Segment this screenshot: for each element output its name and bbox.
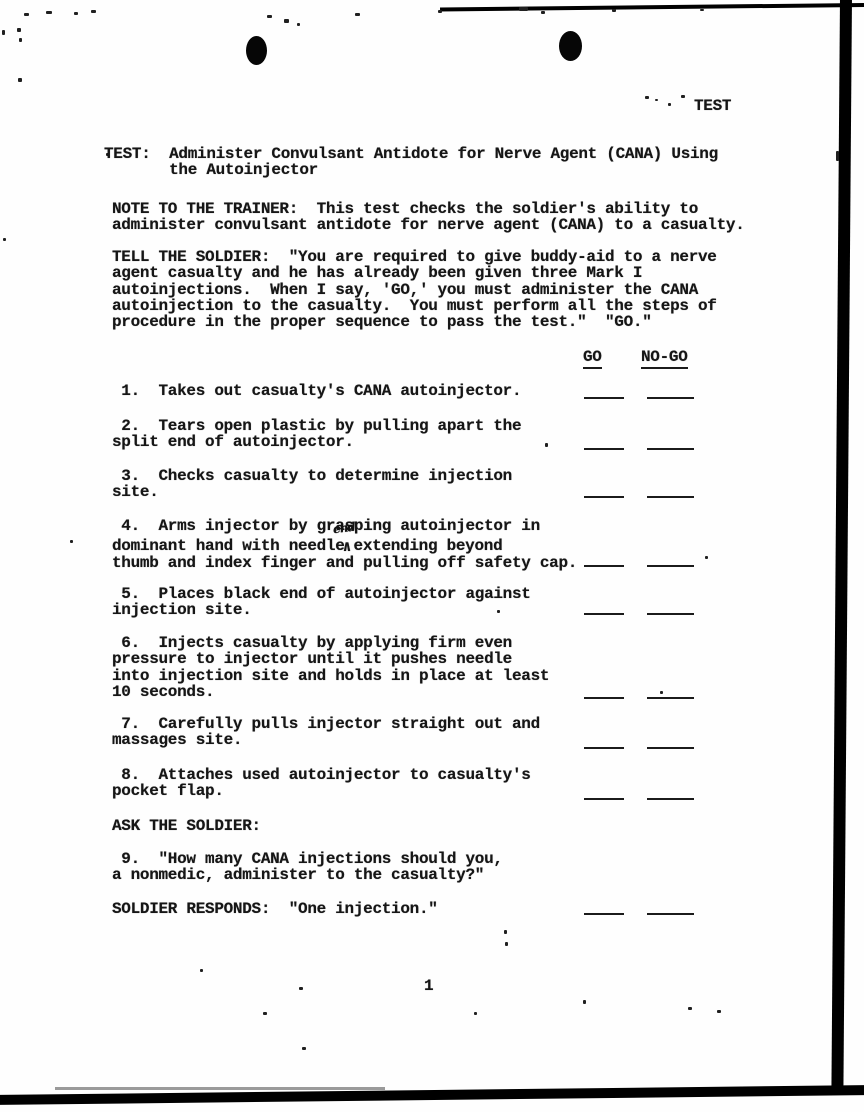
scanned-test-page: { "document": { "corner_label": "TEST", …: [0, 0, 864, 1112]
soldier-instructions: TELL THE SOLDIER: "You are required to g…: [112, 249, 717, 330]
scan-speck: [645, 96, 649, 99]
scan-edge-top: [440, 3, 864, 11]
go-blank: [584, 747, 624, 749]
scan-speck: [267, 15, 272, 18]
scan-speck: [700, 9, 704, 11]
scan-speck: [519, 7, 528, 11]
scan-edge-right: [831, 0, 852, 1089]
scan-speck: [583, 1000, 586, 1004]
checklist-item-3: 3. Checks casualty to determine injectio…: [112, 468, 512, 501]
trainer-note: NOTE TO THE TRAINER: This test checks th…: [112, 201, 745, 234]
page-number: 1: [424, 978, 433, 994]
insertion-caret: ∧: [343, 540, 352, 556]
scan-speck: [200, 969, 203, 972]
scan-speck: [836, 151, 839, 161]
scan-speck: [655, 99, 658, 101]
no-go-blank: [647, 496, 694, 498]
scan-speck: [70, 540, 73, 543]
scan-speck: [284, 19, 289, 23]
go-blank: [584, 448, 624, 450]
scan-speck: [19, 38, 22, 42]
go-blank: [584, 697, 624, 699]
no-go-blank: [647, 565, 694, 567]
go-blank: [584, 798, 624, 800]
go-blank: [584, 397, 624, 399]
go-blank: [584, 496, 624, 498]
checklist-item-4: 4. Arms injector by grasping autoinjecto…: [112, 518, 577, 571]
scan-speck: [612, 9, 616, 12]
checklist-item-9: 9. "How many CANA injections should you,…: [112, 851, 503, 884]
handwritten-word: end: [332, 519, 356, 538]
scan-speck: [688, 1007, 692, 1010]
scan-speck: [18, 78, 22, 82]
scan-speck: [668, 103, 671, 106]
corner-label: TEST: [694, 98, 731, 114]
scan-speck: [2, 30, 5, 35]
scan-speck: [660, 691, 663, 694]
scan-speck: [263, 1012, 267, 1015]
scan-speck: [91, 10, 96, 13]
scan-speck: [705, 556, 708, 559]
scan-smudge: [55, 1087, 385, 1090]
scan-speck: [46, 11, 52, 14]
soldier-responds-line: SOLDIER RESPONDS: "One injection.": [112, 901, 438, 917]
no-go-blank: [647, 697, 694, 699]
checklist-item-1: 1. Takes out casualty's CANA autoinjecto…: [112, 383, 521, 399]
scan-speck: [474, 1012, 477, 1015]
scan-speck: [545, 443, 548, 447]
scan-speck: [3, 238, 6, 241]
go-blank: [584, 613, 624, 615]
scan-speck: [24, 13, 29, 16]
ask-soldier-heading: ASK THE SOLDIER:: [112, 818, 261, 834]
checklist-item-7: 7. Carefully pulls injector straight out…: [112, 716, 540, 749]
checklist-item-2: 2. Tears open plastic by pulling apart t…: [112, 418, 521, 451]
scan-speck: [717, 1010, 721, 1013]
scan-speck: [541, 11, 545, 14]
no-go-column-header: NO-GO: [641, 349, 688, 369]
handwritten-insertion: end∧: [345, 534, 354, 550]
no-go-blank: [647, 747, 694, 749]
scan-speck: [504, 930, 507, 934]
scan-speck: [438, 10, 442, 13]
scan-speck: [505, 942, 508, 946]
punch-hole-left: [246, 36, 267, 65]
scan-speck: [302, 1047, 306, 1050]
scan-speck: [17, 28, 21, 32]
no-go-blank: [647, 613, 694, 615]
checklist-item-5: 5. Places black end of autoinjector agai…: [112, 586, 531, 619]
scan-speck: [74, 12, 78, 15]
go-blank: [584, 565, 624, 567]
no-go-blank: [647, 397, 694, 399]
no-go-blank: [647, 448, 694, 450]
punch-hole-right: [559, 31, 582, 61]
go-column-header: GO: [583, 349, 602, 369]
go-blank: [584, 913, 624, 915]
scan-speck: [297, 23, 300, 26]
scan-speck: [681, 95, 685, 98]
scan-speck: [355, 13, 360, 16]
test-title: TEST: Administer Convulsant Antidote for…: [104, 146, 718, 179]
checklist-item-6: 6. Injects casualty by applying firm eve…: [112, 635, 549, 700]
checklist-item-8: 8. Attaches used autoinjector to casualt…: [112, 767, 531, 800]
scan-speck: [299, 987, 303, 990]
no-go-blank: [647, 913, 694, 915]
no-go-blank: [647, 798, 694, 800]
